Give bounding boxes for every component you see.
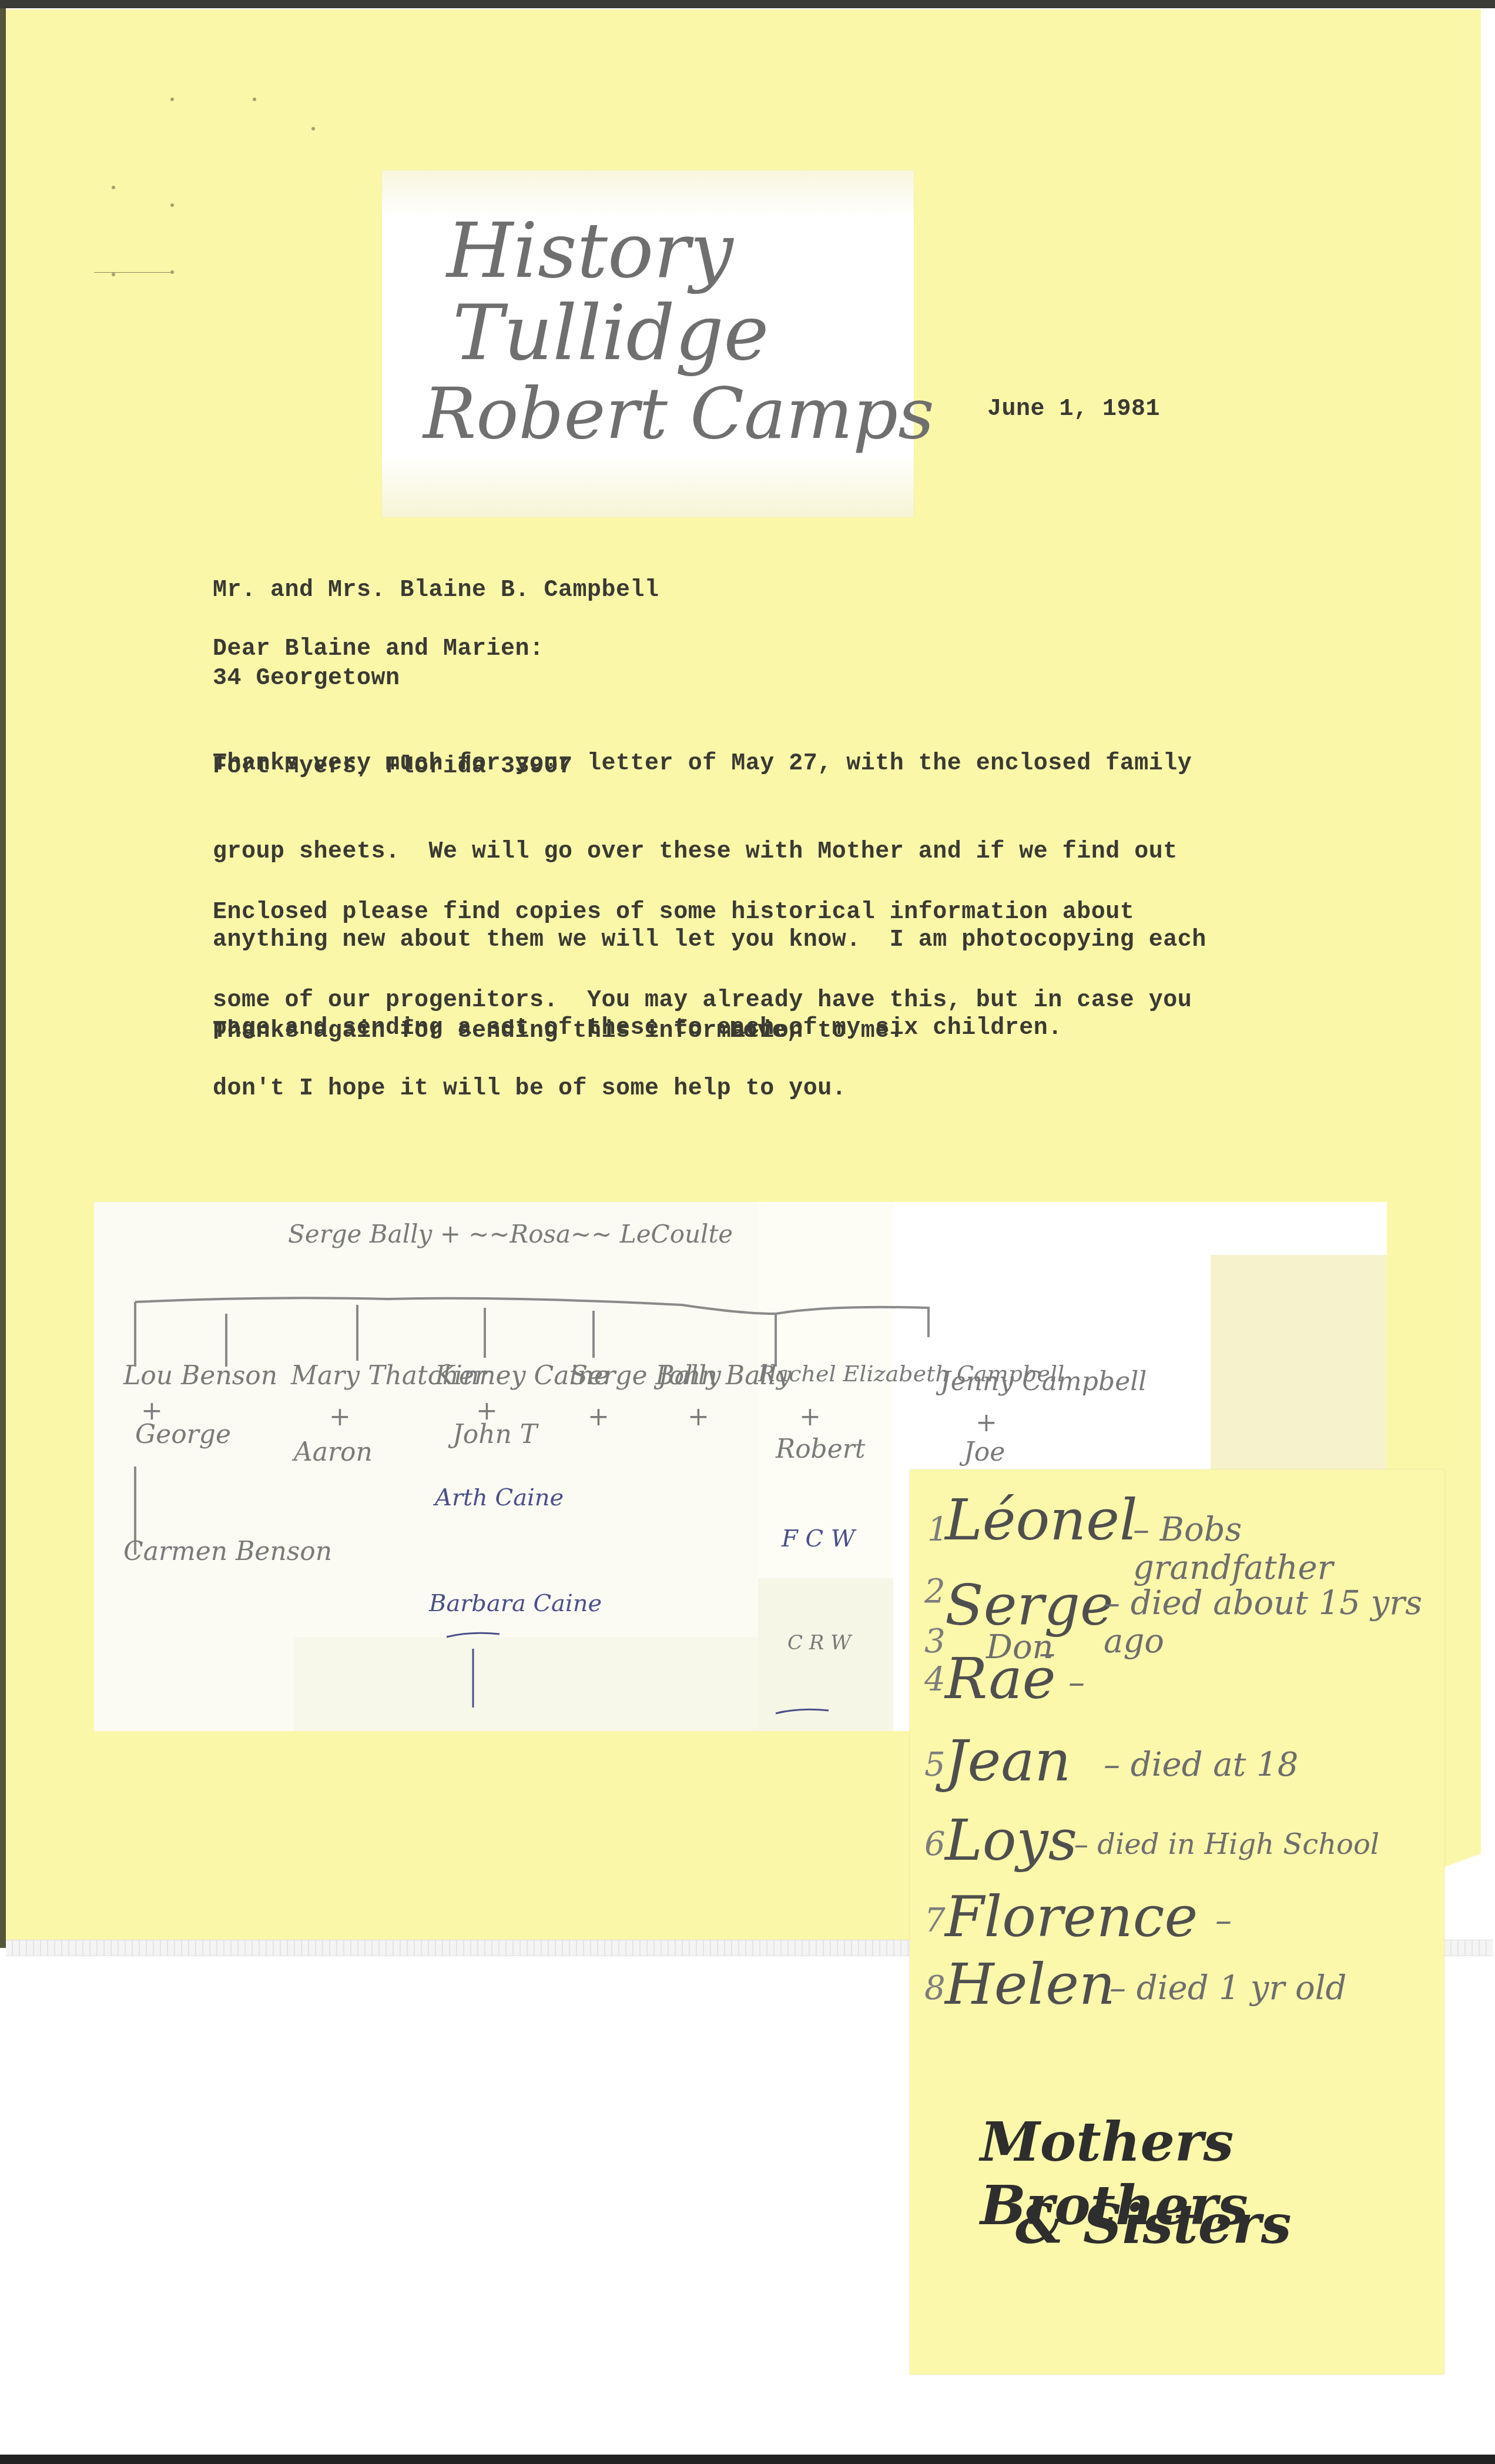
scanner-left-edge bbox=[0, 8, 6, 1948]
scanner-bottom-edge bbox=[0, 2455, 1495, 2464]
taped-label: History Tullidge Robert Camps bbox=[382, 170, 914, 517]
tree-descendant: Arth Caine bbox=[435, 1484, 564, 1511]
sibling-name: Florence bbox=[945, 1884, 1198, 1950]
tree-descendant: C R W bbox=[787, 1631, 851, 1655]
sibling-note: – Bobs grandfather bbox=[1133, 1511, 1444, 1587]
sibling-note: – died 1 yr old bbox=[1109, 1969, 1346, 2007]
salutation: Dear Blaine and Marien: bbox=[213, 635, 544, 664]
text-line: Thanks very much for your letter of May … bbox=[213, 749, 1206, 779]
scanner-top-edge bbox=[0, 0, 1495, 8]
sibling-name: Jean bbox=[945, 1728, 1071, 1794]
staple-hole bbox=[170, 203, 174, 207]
label-line: History bbox=[447, 206, 733, 295]
tree-person: Jenny Campbell bbox=[940, 1367, 1147, 1397]
tree-spouse: Joe bbox=[964, 1437, 1005, 1467]
sibling-note: – died in High School bbox=[1074, 1828, 1379, 1861]
label-line: Tullidge bbox=[452, 288, 769, 377]
tree-spouse: John T bbox=[452, 1420, 537, 1449]
staple-hole bbox=[170, 270, 174, 274]
text-line: Enclosed please find copies of some hist… bbox=[213, 898, 1192, 928]
sibling-name: Rae bbox=[945, 1646, 1056, 1712]
address-line: 34 Georgetown bbox=[213, 664, 659, 694]
sticky-note: 1 Léonel – Bobs grandfather 2 Serge – di… bbox=[910, 1469, 1444, 2375]
staple-hole bbox=[112, 273, 115, 276]
sibling-note: – died at 18 bbox=[1104, 1746, 1298, 1784]
letter-date: June 1, 1981 bbox=[987, 395, 1160, 424]
tree-person: Lou Benson bbox=[123, 1361, 277, 1391]
staple-hole bbox=[311, 127, 315, 130]
sibling-note: – bbox=[1215, 1901, 1232, 1940]
closing: Love, bbox=[729, 1017, 801, 1046]
sibling-name: Loys bbox=[945, 1807, 1077, 1873]
staple-hole bbox=[253, 98, 256, 101]
note-caption: & Sisters bbox=[1015, 2192, 1292, 2256]
sibling-note: – died about 15 yrs ago bbox=[1104, 1584, 1444, 1660]
sibling-name: Helen bbox=[945, 1951, 1115, 2017]
tree-descendant: F C W bbox=[782, 1525, 855, 1552]
tree-spouse: Robert bbox=[776, 1434, 866, 1464]
sibling-note: – bbox=[1068, 1663, 1085, 1702]
tree-descendant: Carmen Benson bbox=[123, 1537, 332, 1566]
pencil-mark bbox=[94, 272, 170, 273]
text-line: don't I hope it will be of some help to … bbox=[213, 1074, 1192, 1104]
tree-header: Serge Bally + ~~Rosa~~ LeCoulte bbox=[288, 1220, 733, 1248]
tree-spouse: George bbox=[135, 1420, 231, 1449]
address-line: Mr. and Mrs. Blaine B. Campbell bbox=[213, 576, 659, 605]
staple-hole bbox=[112, 186, 115, 189]
sibling-name: Léonel bbox=[945, 1487, 1138, 1553]
tree-descendant: Barbara Caine bbox=[429, 1590, 602, 1617]
staple-hole bbox=[170, 98, 174, 101]
label-line: Robert Camps bbox=[423, 373, 934, 455]
tree-spouse: Aaron bbox=[294, 1437, 373, 1467]
